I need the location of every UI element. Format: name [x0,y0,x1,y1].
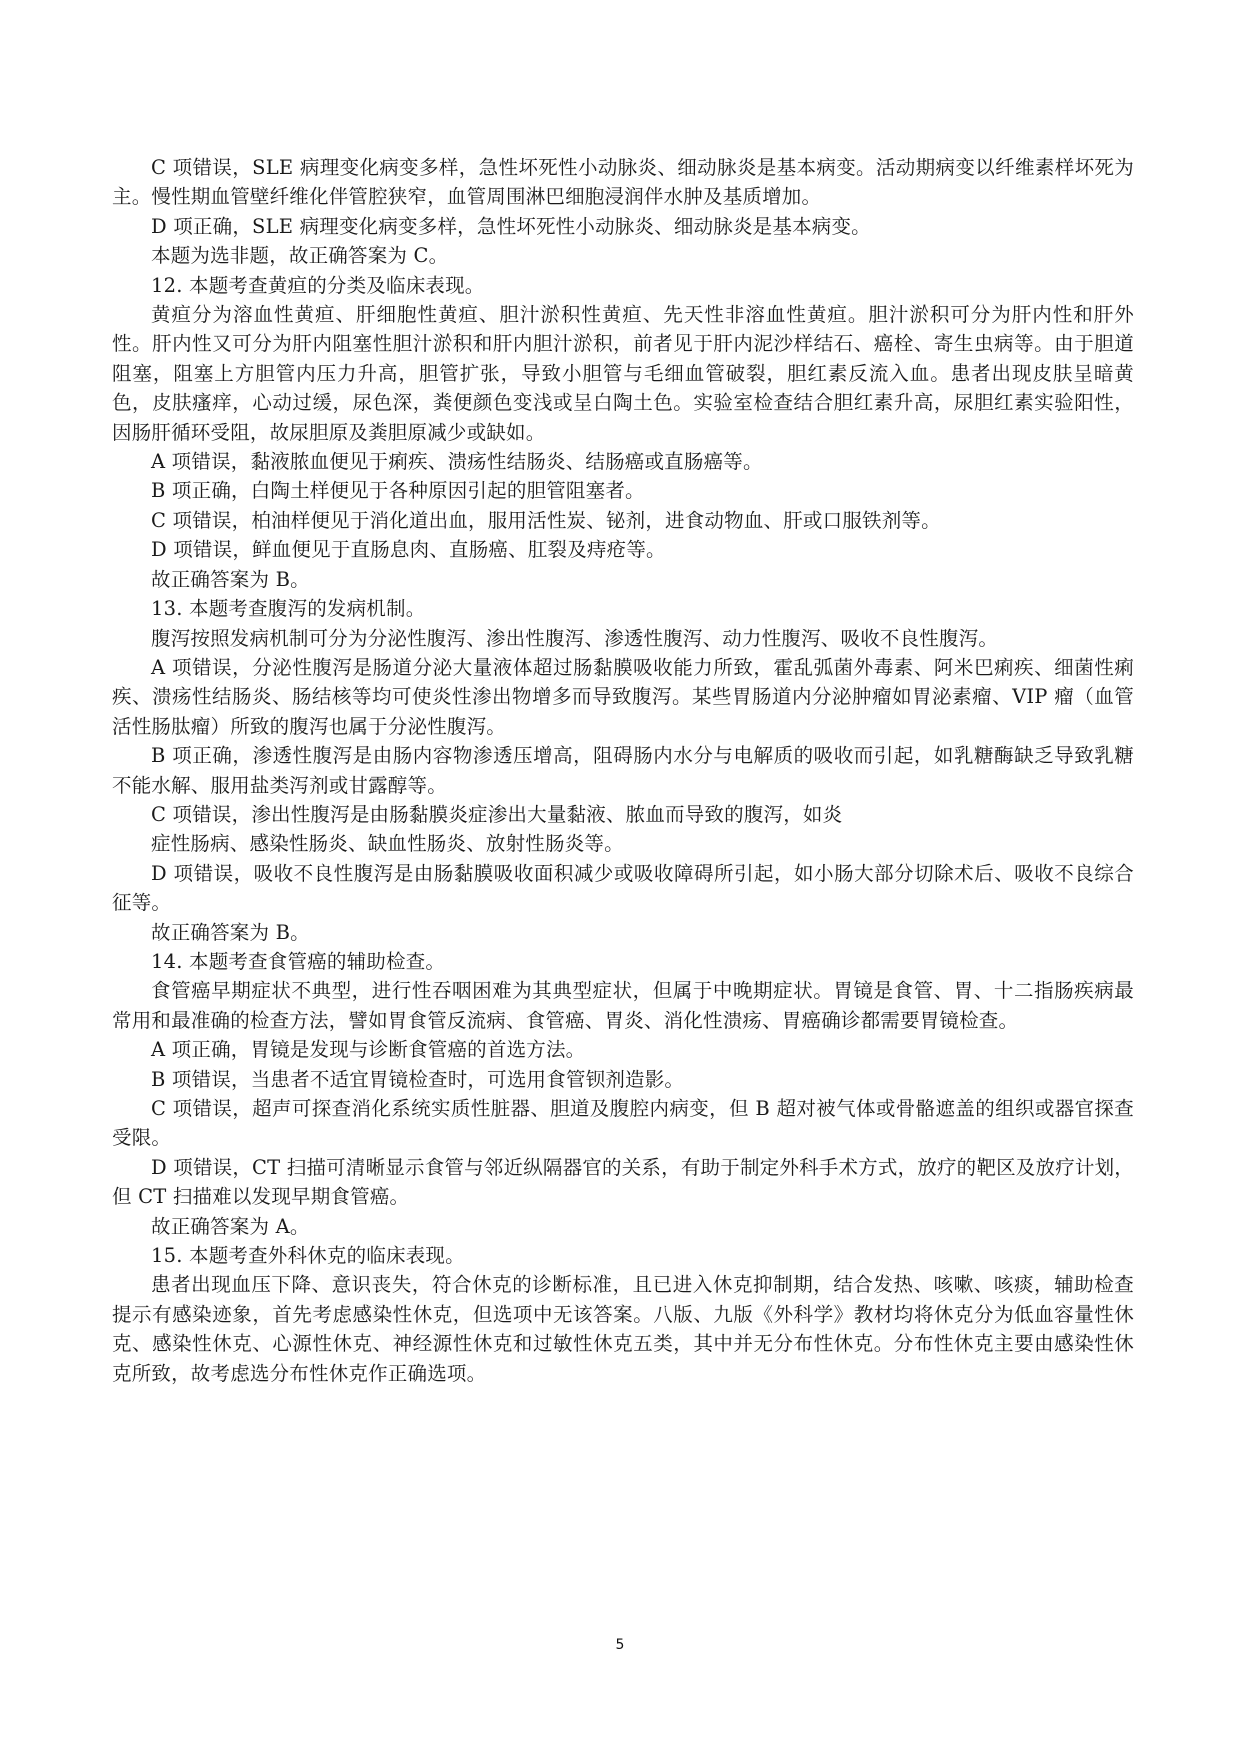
paragraph-q14-option-b: B 项错误，当患者不适宜胃镜检查时，可选用食管钡剂造影。 [112,1065,1134,1094]
paragraph-shock-explanation: 患者出现血压下降、意识丧失，符合休克的诊断标准，且已进入休克抑制期，结合发热、咳… [112,1270,1134,1388]
question-heading-15: 15. 本题考查外科休克的临床表现。 [112,1241,1134,1270]
paragraph-q14-option-a: A 项正确，胃镜是发现与诊断食管癌的首选方法。 [112,1035,1134,1064]
paragraph-jaundice-explanation: 黄疸分为溶血性黄疸、肝细胞性黄疸、胆汁淤积性黄疸、先天性非溶血性黄疸。胆汁淤积可… [112,300,1134,447]
paragraph-answer-13: 故正确答案为 B。 [112,918,1134,947]
paragraph-answer-12: 故正确答案为 B。 [112,565,1134,594]
paragraph-q12-option-c: C 项错误，柏油样便见于消化道出血，服用活性炭、铋剂，进食动物血、肝或口服铁剂等… [112,506,1134,535]
paragraph-answer-14: 故正确答案为 A。 [112,1212,1134,1241]
paragraph-q13-option-a: A 项错误，分泌性腹泻是肠道分泌大量液体超过肠黏膜吸收能力所致，霍乱弧菌外毒素、… [112,653,1134,741]
paragraph-q12-option-d: D 项错误，鲜血便见于直肠息肉、直肠癌、肛裂及痔疮等。 [112,535,1134,564]
paragraph-sle-option-c: C 项错误，SLE 病理变化病变多样，急性坏死性小动脉炎、细动脉炎是基本病变。活… [112,153,1134,212]
paragraph-sle-option-d: D 项正确，SLE 病理变化病变多样，急性坏死性小动脉炎、细动脉炎是基本病变。 [112,212,1134,241]
paragraph-q13-option-d: D 项错误，吸收不良性腹泻是由肠黏膜吸收面积减少或吸收障碍所引起，如小肠大部分切… [112,859,1134,918]
question-heading-13: 13. 本题考查腹泻的发病机制。 [112,594,1134,623]
paragraph-q12-option-b: B 项正确，白陶土样便见于各种原因引起的胆管阻塞者。 [112,476,1134,505]
paragraph-q12-option-a: A 项错误，黏液脓血便见于痢疾、溃疡性结肠炎、结肠癌或直肠癌等。 [112,447,1134,476]
paragraph-esophageal-cancer-explanation: 食管癌早期症状不典型，进行性吞咽困难为其典型症状，但属于中晚期症状。胃镜是食管、… [112,976,1134,1035]
paragraph-q14-option-c: C 项错误，超声可探查消化系统实质性脏器、胆道及腹腔内病变，但 B 超对被气体或… [112,1094,1134,1153]
paragraph-q13-option-c: C 项错误，渗出性腹泻是由肠黏膜炎症渗出大量黏液、脓血而导致的腹泻，如炎 [112,800,1134,829]
paragraph-q13-option-c-continued: 症性肠病、感染性肠炎、缺血性肠炎、放射性肠炎等。 [112,829,1134,858]
paragraph-diarrhea-classification: 腹泻按照发病机制可分为分泌性腹泻、渗出性腹泻、渗透性腹泻、动力性腹泻、吸收不良性… [112,624,1134,653]
paragraph-answer-11: 本题为选非题，故正确答案为 C。 [112,241,1134,270]
paragraph-q13-option-b: B 项正确，渗透性腹泻是由肠内容物渗透压增高，阻碍肠内水分与电解质的吸收而引起，… [112,741,1134,800]
paragraph-q14-option-d: D 项错误，CT 扫描可清晰显示食管与邻近纵隔器官的关系，有助于制定外科手术方式… [112,1153,1134,1212]
page-number: 5 [0,1637,1240,1653]
question-heading-14: 14. 本题考查食管癌的辅助检查。 [112,947,1134,976]
question-heading-12: 12. 本题考查黄疸的分类及临床表现。 [112,271,1134,300]
document-body: C 项错误，SLE 病理变化病变多样，急性坏死性小动脉炎、细动脉炎是基本病变。活… [112,153,1134,1388]
